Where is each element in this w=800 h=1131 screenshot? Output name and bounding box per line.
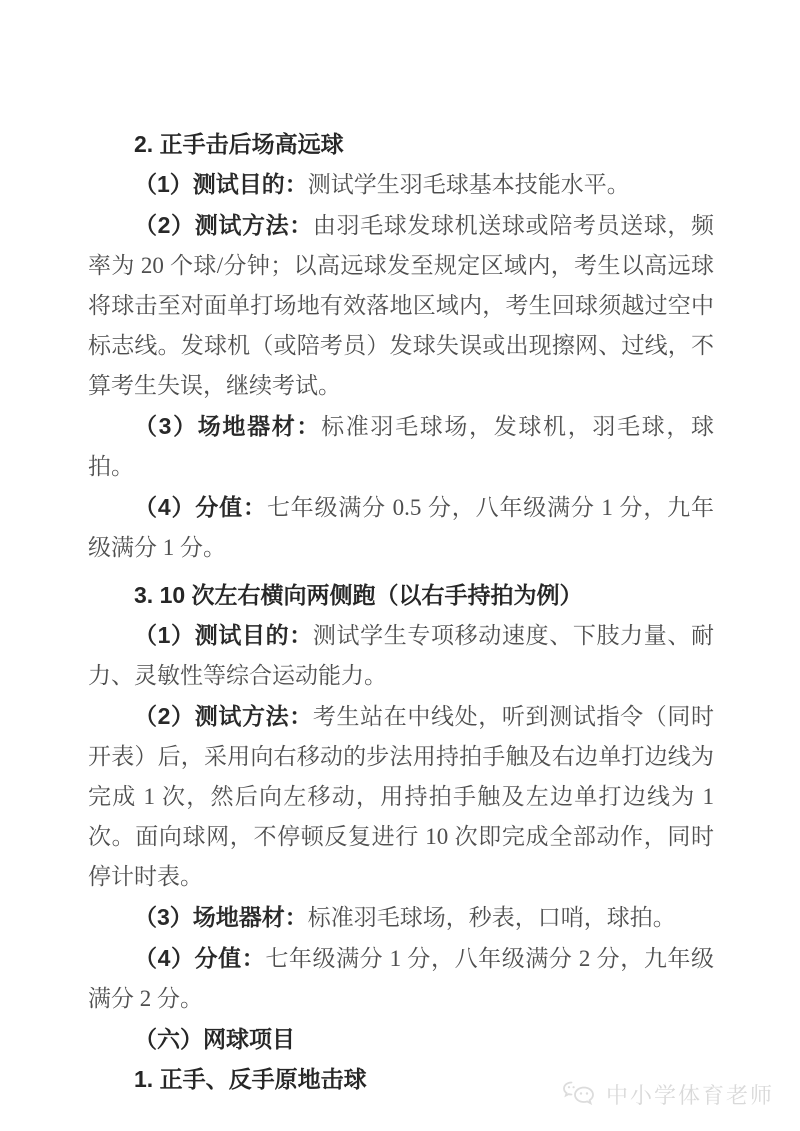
section-heading: 2. 正手击后场高远球 xyxy=(88,124,714,164)
item-label: （3）场地器材： xyxy=(134,904,308,930)
item-label: （2）测试方法： xyxy=(134,212,313,238)
wechat-logo-icon xyxy=(559,1078,599,1110)
paragraph: （1）测试目的：测试学生专项移动速度、下肢力量、耐力、灵敏性等综合运动能力。 xyxy=(88,615,714,696)
item-label: （1）测试目的： xyxy=(134,622,313,648)
item-label: （4）分值： xyxy=(134,945,265,971)
item-text: 由羽毛球发球机送球或陪考员送球，频率为 20 个球/分钟；以高远球发至规定区域内… xyxy=(88,213,714,398)
item-label: （1）测试目的： xyxy=(134,171,308,197)
item-text: 考生站在中线处，听到测试指令（同时开表）后，采用向右移动的步法用持拍手触及右边单… xyxy=(88,704,714,889)
paragraph: （3）场地器材：标准羽毛球场，秒表，口哨，球拍。 xyxy=(88,897,714,938)
paragraph: （4）分值：七年级满分 1 分，八年级满分 2 分，九年级满分 2 分。 xyxy=(88,938,714,1019)
paragraph: （2）测试方法：考生站在中线处，听到测试指令（同时开表）后，采用向右移动的步法用… xyxy=(88,696,714,897)
document-page: 2. 正手击后场高远球（1）测试目的：测试学生羽毛球基本技能水平。（2）测试方法… xyxy=(0,0,800,1131)
paragraph: （2）测试方法：由羽毛球发球机送球或陪考员送球，频率为 20 个球/分钟；以高远… xyxy=(88,205,714,406)
document-content: 2. 正手击后场高远球（1）测试目的：测试学生羽毛球基本技能水平。（2）测试方法… xyxy=(88,124,714,1099)
item-label: （3）场地器材： xyxy=(134,413,321,439)
item-label: （2）测试方法： xyxy=(134,703,313,729)
item-text: 测试学生羽毛球基本技能水平。 xyxy=(308,172,630,197)
section-heading: 3. 10 次左右横向两侧跑（以右手持拍为例） xyxy=(88,575,714,615)
paragraph: （1）测试目的：测试学生羽毛球基本技能水平。 xyxy=(88,164,714,205)
watermark: 中小学体育老师 xyxy=(559,1078,774,1110)
section-heading: （六）网球项目 xyxy=(88,1019,714,1059)
paragraph: （3）场地器材：标准羽毛球场，发球机，羽毛球，球拍。 xyxy=(88,406,714,487)
paragraph: （4）分值：七年级满分 0.5 分，八年级满分 1 分，九年级满分 1 分。 xyxy=(88,487,714,568)
item-label: （4）分值： xyxy=(134,494,267,520)
item-text: 标准羽毛球场，秒表，口哨，球拍。 xyxy=(308,905,676,930)
watermark-text: 中小学体育老师 xyxy=(606,1079,774,1110)
